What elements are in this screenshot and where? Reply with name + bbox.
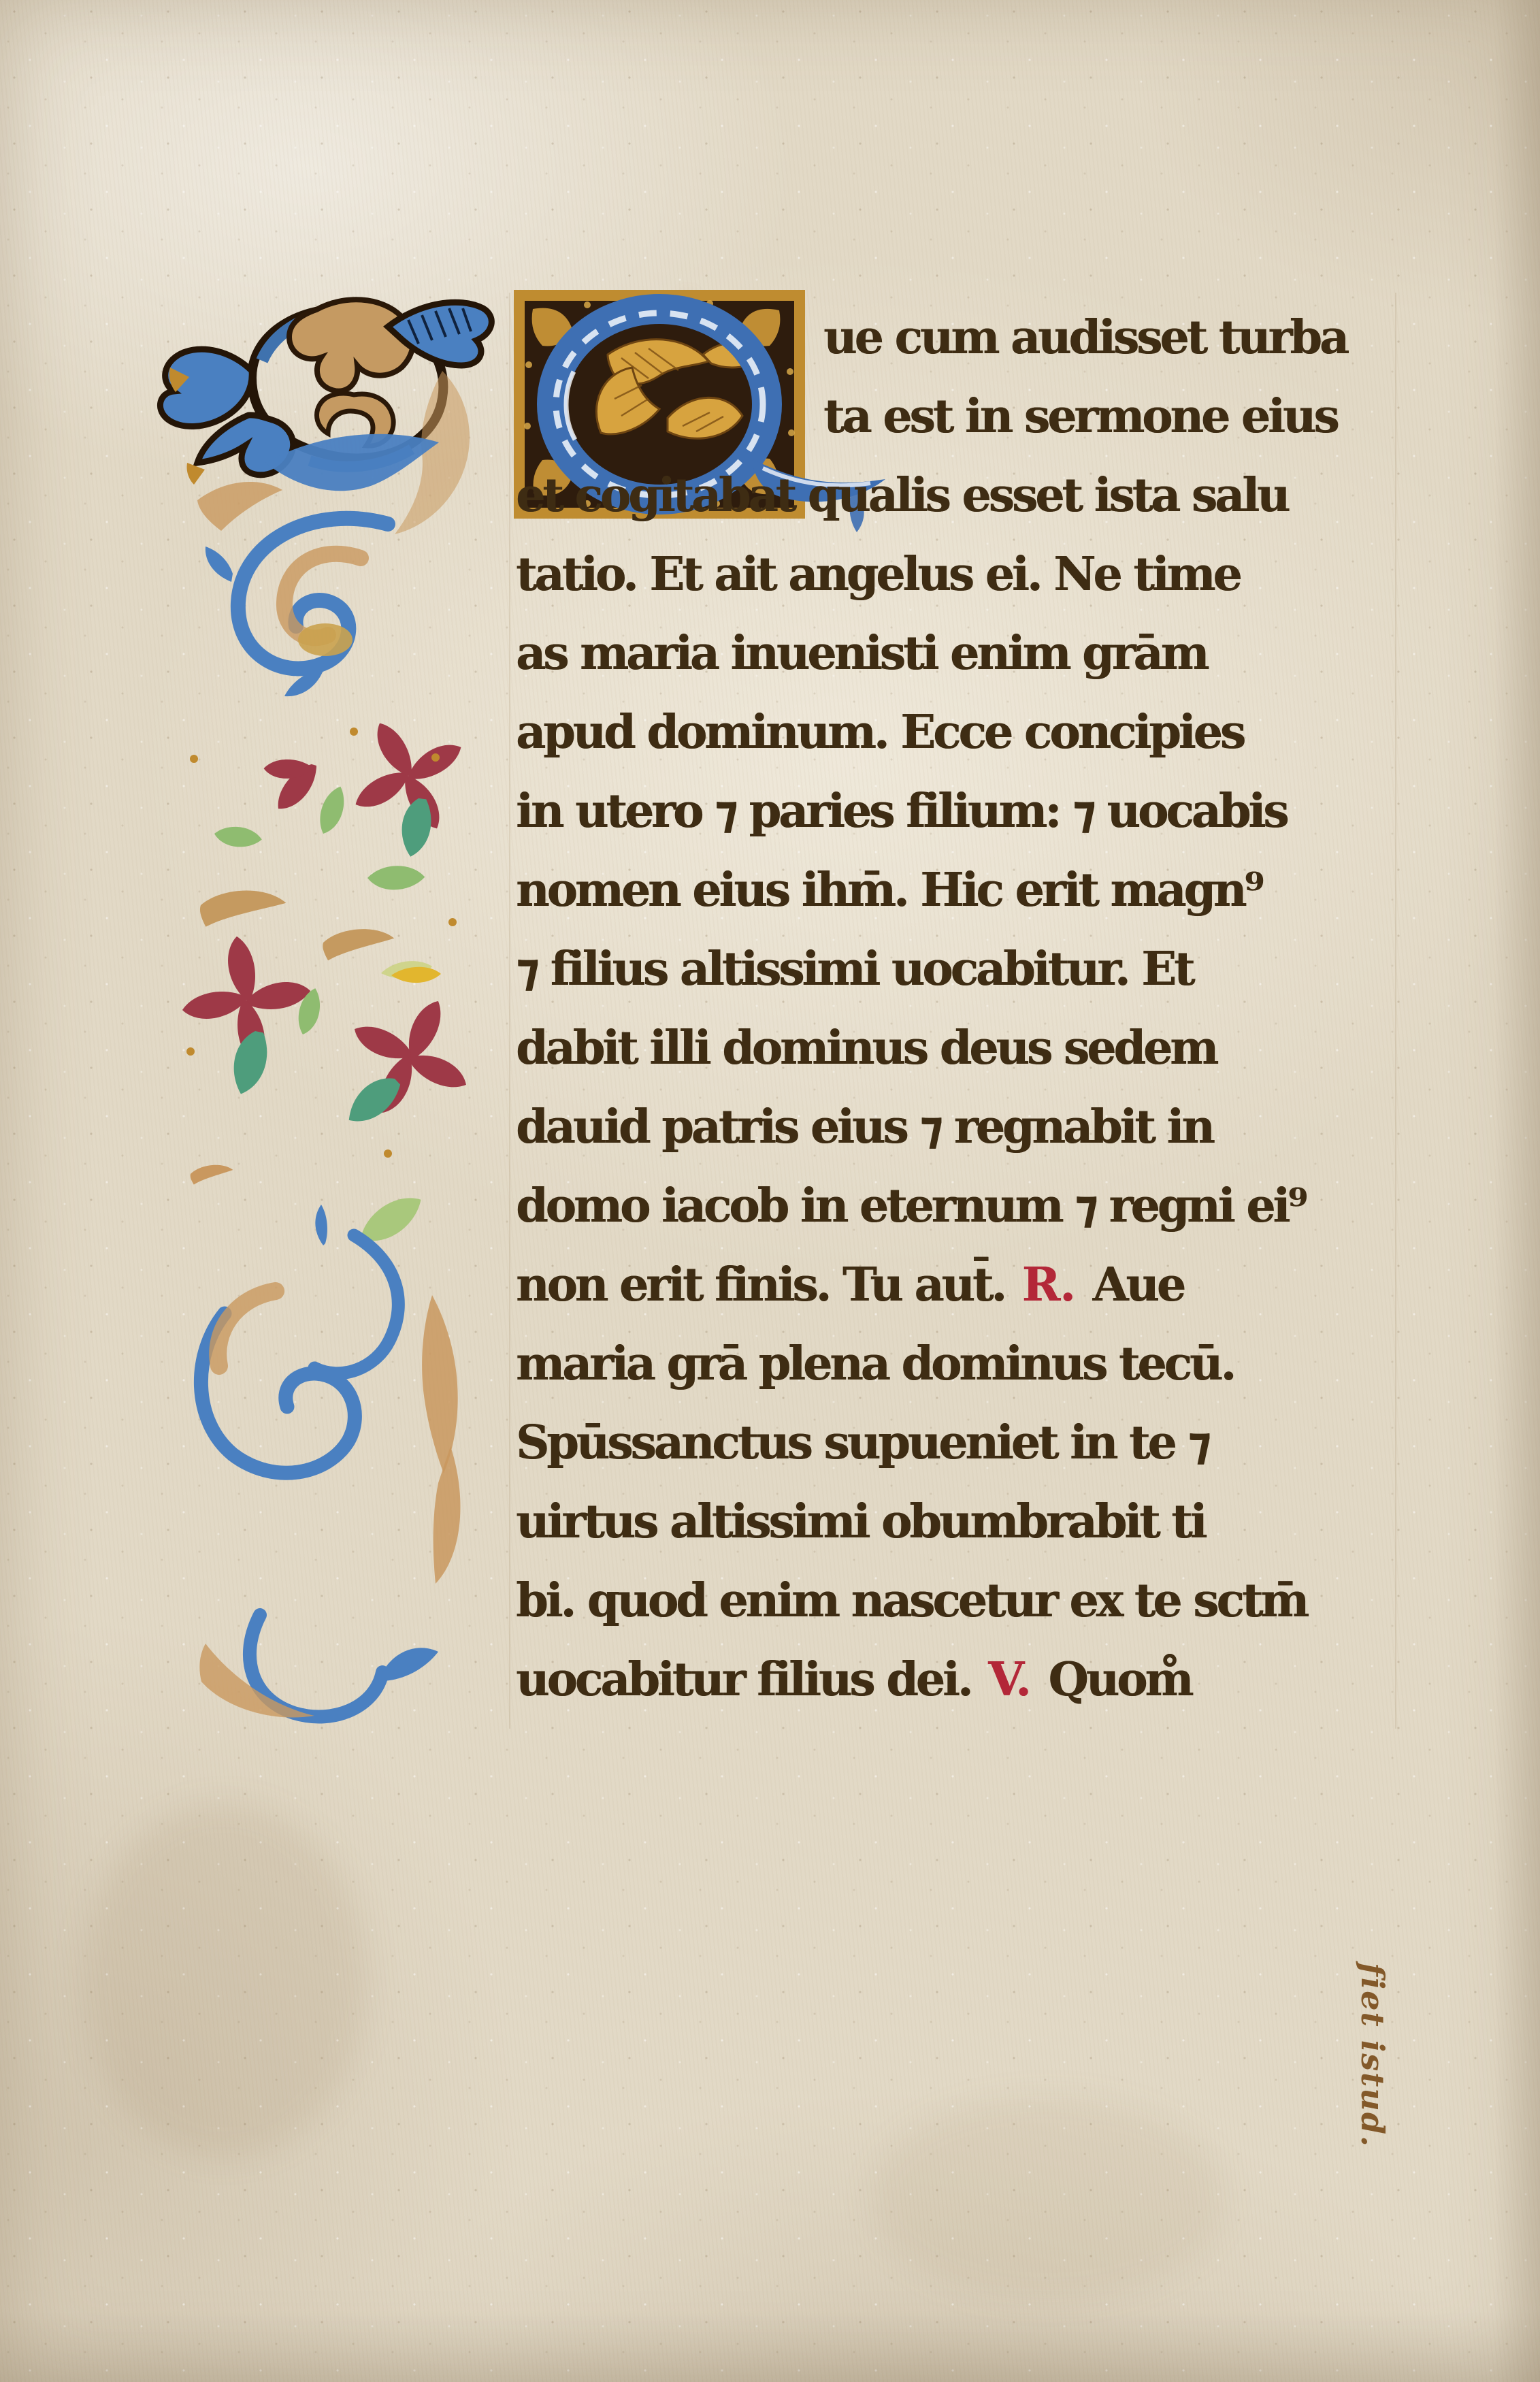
line-text: Aue: [1093, 1258, 1183, 1312]
text-line: domo iacob in eternum ⁊ regni ei⁹: [516, 1166, 1509, 1245]
acanthus-border-decoration: [150, 289, 497, 1732]
line-text: maria grā plena dominus tecū.: [516, 1337, 1234, 1391]
text-line-with-rubric: non erit finis. Tu aut̄. R. Aue: [516, 1245, 1509, 1324]
rubric-versicle-V: V.: [984, 1652, 1035, 1707]
line-text: dabit illi dominus deus sedem: [516, 1021, 1216, 1075]
text-line: in utero ⁊ paries filium: ⁊ uocabis: [516, 772, 1509, 851]
line-text: Spūssanctus supueniet in te ⁊: [516, 1416, 1209, 1470]
ruling-line-left: [509, 293, 510, 1729]
line-text: dauid patris eius ⁊ regnabit in: [516, 1100, 1213, 1154]
line-text: bi. quod enim nascetur ex te sctm̄: [516, 1573, 1307, 1628]
text-line: bi. quod enim nascetur ex te sctm̄: [516, 1561, 1509, 1640]
line-text: as maria inuenisti enim grām: [516, 626, 1207, 681]
line-text: nomen eius ihm̄. Hic erit magn⁹: [516, 863, 1262, 917]
flower-strip: [169, 713, 478, 1134]
line-text: apud dominum. Ecce concipies: [516, 705, 1243, 760]
text-line: Spūssanctus supueniet in te ⁊: [516, 1403, 1509, 1482]
line-text: domo iacob in eternum ⁊ regni ei⁹: [516, 1179, 1305, 1233]
text-line: nomen eius ihm̄. Hic erit magn⁹: [516, 851, 1509, 930]
line-text: ⁊ filius altissimi uocabitur. Et: [516, 942, 1192, 996]
text-line: ⁊ filius altissimi uocabitur. Et: [516, 930, 1509, 1009]
manuscript-page: Q ue cum audisset turba ta est in sermon…: [0, 0, 1540, 2382]
line-text: ue cum audisset turba: [823, 310, 1347, 365]
line-text: et cogitabat qualis esset ista salu: [516, 468, 1288, 523]
text-line: dauid patris eius ⁊ regnabit in: [516, 1088, 1509, 1166]
line-text: non erit finis. Tu aut̄.: [516, 1258, 1004, 1312]
parchment-stain: [871, 2096, 1225, 2300]
text-line: uirtus altissimi obumbrabit ti: [516, 1482, 1509, 1561]
text-line: tatio. Et ait angelus ei. Ne time: [516, 535, 1509, 614]
text-line: apud dominum. Ecce concipies: [516, 693, 1509, 772]
text-line: maria grā plena dominus tecū.: [516, 1324, 1509, 1403]
line-text: tatio. Et ait angelus ei. Ne time: [516, 547, 1240, 602]
rubric-responsory-R: R.: [1018, 1258, 1079, 1312]
line-text: uocabitur filius dei.: [516, 1652, 970, 1707]
margin-catchword: fiet istud.: [1354, 1963, 1391, 2148]
line-text: Quom̊: [1048, 1652, 1191, 1707]
text-block: ue cum audisset turba ta est in sermone …: [516, 298, 1509, 1719]
text-line: as maria inuenisti enim grām: [516, 614, 1509, 693]
acanthus-upper-scroll: [197, 434, 439, 696]
text-line: et cogitabat qualis esset ista salu: [516, 456, 1509, 535]
acanthus-lower-scroll: [191, 1149, 461, 1718]
text-line: ta est in sermone eius: [516, 377, 1509, 456]
initial-letter: Q: [0, 0, 1, 1]
parchment-stain: [82, 1804, 367, 2157]
text-line-with-rubric: uocabitur filius dei. V. Quom̊: [516, 1640, 1509, 1719]
line-text: uirtus altissimi obumbrabit ti: [516, 1495, 1205, 1549]
text-line: ue cum audisset turba: [516, 298, 1509, 377]
text-line: dabit illi dominus deus sedem: [516, 1009, 1509, 1088]
line-text: ta est in sermone eius: [823, 389, 1337, 444]
line-text: in utero ⁊ paries filium: ⁊ uocabis: [516, 784, 1286, 838]
